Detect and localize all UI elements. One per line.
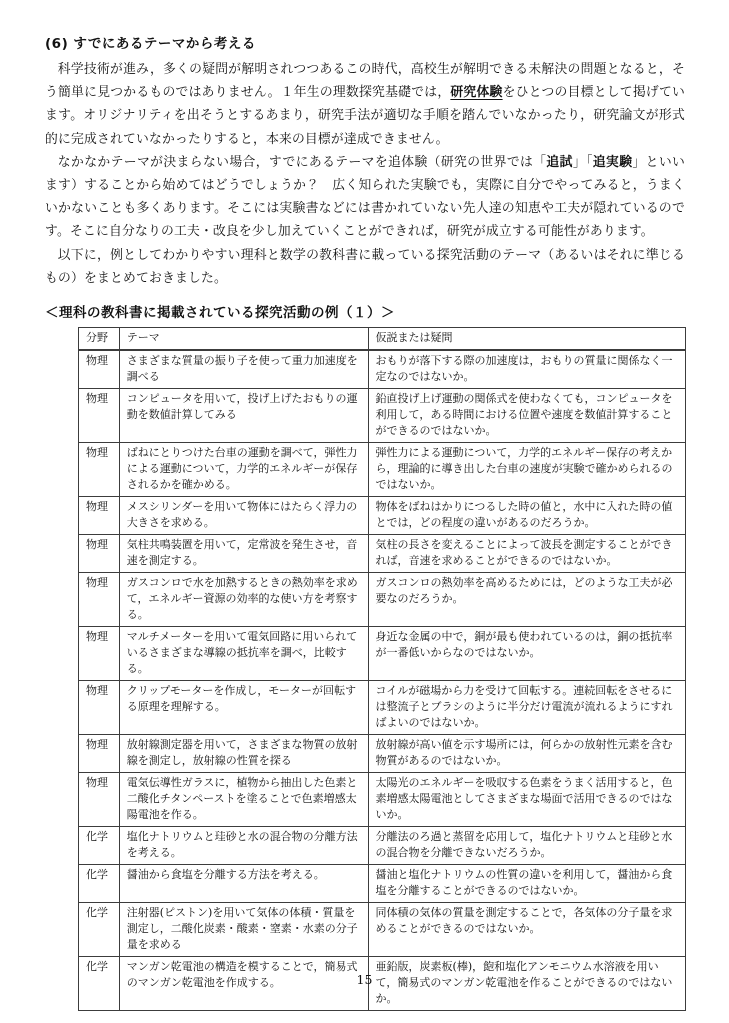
exploration-themes-table: 分野 テーマ 仮説または疑問 物理 さまざまな質量の振り子を使って重力加速度を調… xyxy=(78,327,686,1011)
highlighted-term: 研究体験 xyxy=(450,85,502,100)
table-row: 物理 マルチメーターを用いて電気回路に用いられているさまざまな導線の抵抗率を調べ… xyxy=(79,627,686,681)
field-cell: 物理 xyxy=(79,627,120,681)
hypothesis-cell: 同体積の気体の質量を測定することで，各気体の分子量を求めることができるのではない… xyxy=(368,903,685,957)
field-cell: 物理 xyxy=(79,535,120,573)
hypothesis-cell: コイルが磁場から力を受けて回転する。連続回転をさせるには整流子とブラシのように半… xyxy=(368,681,685,735)
hypothesis-cell: 弾性力による運動について，力学的エネルギー保存の考えから，理論的に導き出した台車… xyxy=(368,443,685,497)
header-field: 分野 xyxy=(79,328,120,351)
table-row: 物理 コンピュータを用いて，投げ上げたおもりの運動を数値計算してみる 鉛直投げ上… xyxy=(79,389,686,443)
theme-cell: 塩化ナトリウムと珪砂と水の混合物の分離方法を考える。 xyxy=(119,827,368,865)
hypothesis-cell: 醤油と塩化ナトリウムの性質の違いを利用して，醤油から食塩を分離することができるの… xyxy=(368,865,685,903)
table-row: 化学 醤油から食塩を分離する方法を考える。 醤油と塩化ナトリウムの性質の違いを利… xyxy=(79,865,686,903)
table-row: 物理 気柱共鳴装置を用いて，定常波を発生させ，音速を測定する。 気柱の長さを変え… xyxy=(79,535,686,573)
section-heading: (6) すでにあるテーマから考える xyxy=(45,32,685,52)
table-row: 物理 さまざまな質量の振り子を使って重力加速度を調べる おもりが落下する際の加速… xyxy=(79,350,686,389)
field-cell: 物理 xyxy=(79,350,120,389)
paragraph-text: なかなかテーマが決まらない場合，すでにあるテーマを追体験（研究の世界では「 xyxy=(58,155,547,170)
table-row: 物理 ガスコンロで水を加熱するときの熱効率を求めて，エネルギー資源の効率的な使い… xyxy=(79,573,686,627)
theme-cell: さまざまな質量の振り子を使って重力加速度を調べる xyxy=(119,350,368,389)
theme-cell: 気柱共鳴装置を用いて，定常波を発生させ，音速を測定する。 xyxy=(119,535,368,573)
hypothesis-cell: おもりが落下する際の加速度は，おもりの質量に関係なく一定なのではないか。 xyxy=(368,350,685,389)
field-cell: 物理 xyxy=(79,497,120,535)
table-row: 物理 電気伝導性ガラスに，植物から抽出した色素と二酸化チタンペーストを塗ることで… xyxy=(79,773,686,827)
field-cell: 化学 xyxy=(79,865,120,903)
bold-term: 追試 xyxy=(546,155,572,170)
theme-cell: 放射線測定器を用いて，さまざまな物質の放射線を測定し，放射線の性質を探る xyxy=(119,735,368,773)
table-row: 物理 クリップモーターを作成し，モーターが回転する原理を理解する。 コイルが磁場… xyxy=(79,681,686,735)
field-cell: 物理 xyxy=(79,443,120,497)
table-row: 物理 メスシリンダーを用いて物体にはたらく浮力の大きさを求める。 物体をばねはか… xyxy=(79,497,686,535)
intro-paragraph-2: なかなかテーマが決まらない場合，すでにあるテーマを追体験（研究の世界では「追試」… xyxy=(45,151,685,244)
table-row: 物理 ばねにとりつけた台車の運動を調べて，弾性力による運動について，力学的エネル… xyxy=(79,443,686,497)
hypothesis-cell: 身近な金属の中で，銅が最も使われているのは，銅の抵抗率が一番低いからなのではない… xyxy=(368,627,685,681)
table-header-row: 分野 テーマ 仮説または疑問 xyxy=(79,328,686,351)
hypothesis-cell: 物体をばねはかりにつるした時の値と，水中に入れた時の値とでは，どの程度の違いがあ… xyxy=(368,497,685,535)
theme-cell: 醤油から食塩を分離する方法を考える。 xyxy=(119,865,368,903)
table-row: 化学 塩化ナトリウムと珪砂と水の混合物の分離方法を考える。 分離法のろ過と蒸留を… xyxy=(79,827,686,865)
document-page: (6) すでにあるテーマから考える 科学技術が進み，多くの疑問が解明されつつある… xyxy=(0,0,729,1023)
table-row: 化学 注射器(ピストン)を用いて気体の体積・質量を測定し，二酸化炭素・酸素・窒素… xyxy=(79,903,686,957)
theme-cell: コンピュータを用いて，投げ上げたおもりの運動を数値計算してみる xyxy=(119,389,368,443)
field-cell: 化学 xyxy=(79,903,120,957)
hypothesis-cell: ガスコンロの熱効率を高めるためには，どのような工夫が必要なのだろうか。 xyxy=(368,573,685,627)
hypothesis-cell: 鉛直投げ上げ運動の関係式を使わなくても，コンピュータを利用して，ある時間における… xyxy=(368,389,685,443)
table-row: 物理 放射線測定器を用いて，さまざまな物質の放射線を測定し，放射線の性質を探る … xyxy=(79,735,686,773)
hypothesis-cell: 分離法のろ過と蒸留を応用して，塩化ナトリウムと珪砂と水の混合物を分離できないだろ… xyxy=(368,827,685,865)
header-hypothesis: 仮説または疑問 xyxy=(368,328,685,351)
field-cell: 物理 xyxy=(79,573,120,627)
field-cell: 物理 xyxy=(79,681,120,735)
theme-cell: ガスコンロで水を加熱するときの熱効率を求めて，エネルギー資源の効率的な使い方を考… xyxy=(119,573,368,627)
theme-cell: 電気伝導性ガラスに，植物から抽出した色素と二酸化チタンペーストを塗ることで色素増… xyxy=(119,773,368,827)
hypothesis-cell: 放射線が高い値を示す場所には，何らかの放射性元素を含む物質があるのではないか。 xyxy=(368,735,685,773)
paragraph-text: 」「 xyxy=(573,155,593,170)
theme-cell: クリップモーターを作成し，モーターが回転する原理を理解する。 xyxy=(119,681,368,735)
theme-cell: ばねにとりつけた台車の運動を調べて，弾性力による運動について，力学的エネルギーが… xyxy=(119,443,368,497)
field-cell: 物理 xyxy=(79,389,120,443)
intro-paragraph-3: 以下に，例としてわかりやすい理科と数学の教科書に載っている探究活動のテーマ（ある… xyxy=(45,244,685,290)
table-title: ＜理科の教科書に掲載されている探究活動の例（１）＞ xyxy=(45,301,685,321)
theme-cell: メスシリンダーを用いて物体にはたらく浮力の大きさを求める。 xyxy=(119,497,368,535)
field-cell: 化学 xyxy=(79,827,120,865)
page-number: 15 xyxy=(0,972,729,987)
field-cell: 物理 xyxy=(79,773,120,827)
theme-cell: マルチメーターを用いて電気回路に用いられているさまざまな導線の抵抗率を調べ，比較… xyxy=(119,627,368,681)
header-theme: テーマ xyxy=(119,328,368,351)
field-cell: 物理 xyxy=(79,735,120,773)
hypothesis-cell: 気柱の長さを変えることによって波長を測定することができれば，音速を求めることがで… xyxy=(368,535,685,573)
theme-cell: 注射器(ピストン)を用いて気体の体積・質量を測定し，二酸化炭素・酸素・窒素・水素… xyxy=(119,903,368,957)
intro-paragraph-1: 科学技術が進み，多くの疑問が解明されつつあるこの時代，高校生が解明できる未解決の… xyxy=(45,58,685,151)
hypothesis-cell: 太陽光のエネルギーを吸収する色素をうまく活用すると，色素増感太陽電池としてさまざ… xyxy=(368,773,685,827)
bold-term: 追実験 xyxy=(593,155,633,170)
